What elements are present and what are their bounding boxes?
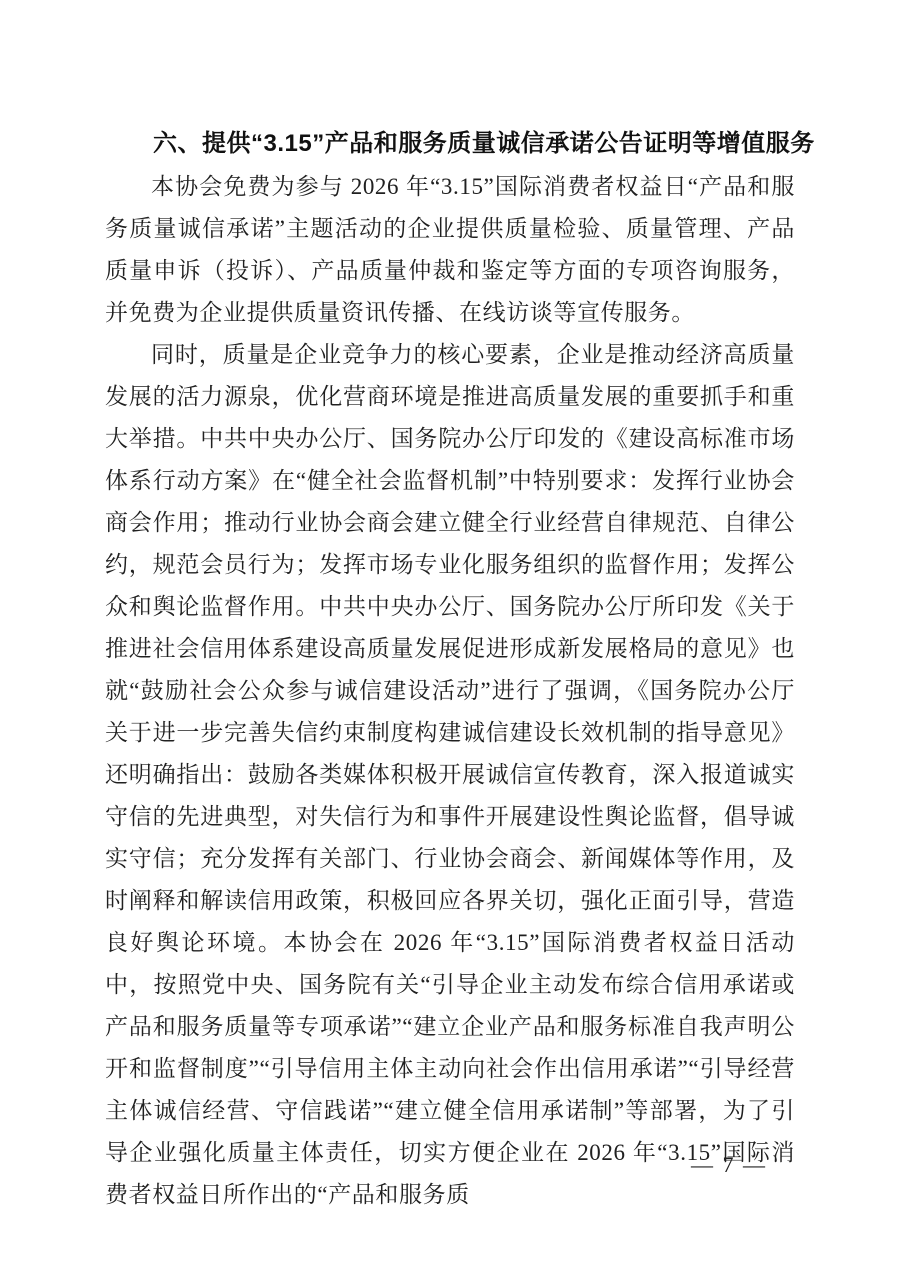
- section-heading: 六、提供“3.15”产品和服务质量诚信承诺公告证明等增值服务: [105, 122, 795, 166]
- document-page: 六、提供“3.15”产品和服务质量诚信承诺公告证明等增值服务 本协会免费为参与 …: [0, 0, 900, 1273]
- page-content: 六、提供“3.15”产品和服务质量诚信承诺公告证明等增值服务 本协会免费为参与 …: [105, 122, 795, 1216]
- body-paragraph: 本协会免费为参与 2026 年“3.15”国际消费者权益日“产品和服务质量诚信承…: [105, 166, 795, 334]
- page-number: — 7 —: [691, 1150, 767, 1180]
- body-paragraph: 同时，质量是企业竞争力的核心要素，企业是推动经济高质量发展的活力源泉，优化营商环…: [105, 334, 795, 1216]
